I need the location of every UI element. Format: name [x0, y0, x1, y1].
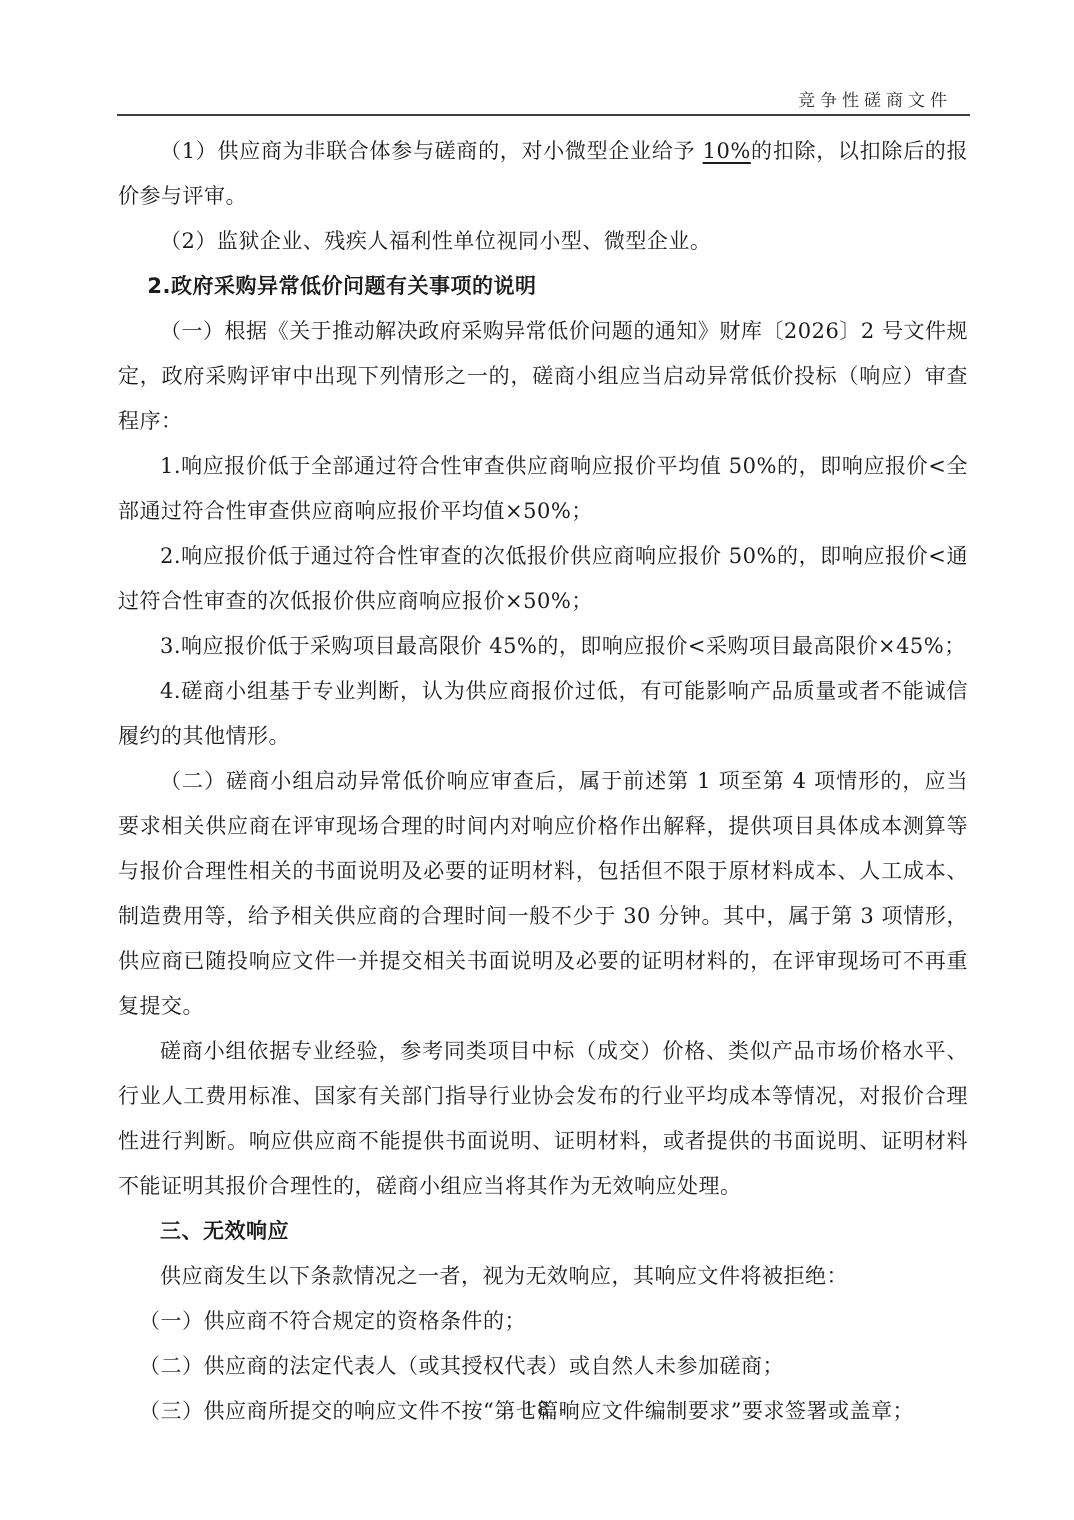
underlined-percentage: 10%: [703, 139, 751, 163]
paragraph-condition-4: 4.磋商小组基于专业判断，认为供应商报价过低，有可能影响产品质量或者不能诚信履约…: [118, 669, 968, 759]
paragraph-prison-enterprises: （2）监狱企业、残疾人福利性单位视同小型、微型企业。: [118, 219, 968, 264]
paragraph-invalid-response-intro: 供应商发生以下条款情况之一者，视为无效响应，其响应文件将被拒绝：: [118, 1254, 968, 1299]
page-number: - 18 -: [0, 1398, 1074, 1420]
paragraph-judgment-basis: 磋商小组依据专业经验，参考同类项目中标（成交）价格、类似产品市场价格水平、行业人…: [118, 1029, 968, 1209]
paragraph-condition-1: 1.响应报价低于全部通过符合性审查供应商响应报价平均值 50%的，即响应报价<全…: [118, 444, 968, 534]
header-rule: [117, 114, 970, 116]
paragraph-condition-3: 3.响应报价低于采购项目最高限价 45%的，即响应报价<采购项目最高限价×45%…: [118, 624, 968, 669]
paragraph-notice-basis: （一）根据《关于推动解决政府采购异常低价问题的通知》财库〔2026〕2 号文件规…: [118, 309, 968, 444]
section-heading-abnormal-low-price: 2.政府采购异常低价问题有关事项的说明: [118, 264, 968, 309]
document-page: 竞争性磋商文件 （1）供应商为非联合体参与磋商的，对小微型企业给予 10%的扣除…: [0, 0, 1074, 1520]
paragraph-text: （1）供应商为非联合体参与磋商的，对小微型企业给予: [160, 139, 703, 163]
paragraph-invalid-item-2: （二）供应商的法定代表人（或其授权代表）或自然人未参加磋商；: [118, 1344, 968, 1389]
paragraph-condition-2: 2.响应报价低于通过符合性审查的次低报价供应商响应报价 50%的，即响应报价<通…: [118, 534, 968, 624]
paragraph-invalid-item-1: （一）供应商不符合规定的资格条件的；: [118, 1299, 968, 1344]
paragraph-review-procedure: （二）磋商小组启动异常低价响应审查后，属于前述第 1 项至第 4 项情形的，应当…: [118, 759, 968, 1029]
paragraph-deduction-rule: （1）供应商为非联合体参与磋商的，对小微型企业给予 10%的扣除，以扣除后的报价…: [118, 129, 968, 219]
page-header-title: 竞争性磋商文件: [798, 86, 952, 111]
document-body: （1）供应商为非联合体参与磋商的，对小微型企业给予 10%的扣除，以扣除后的报价…: [118, 129, 968, 1434]
section-heading-invalid-response: 三、无效响应: [118, 1209, 968, 1254]
